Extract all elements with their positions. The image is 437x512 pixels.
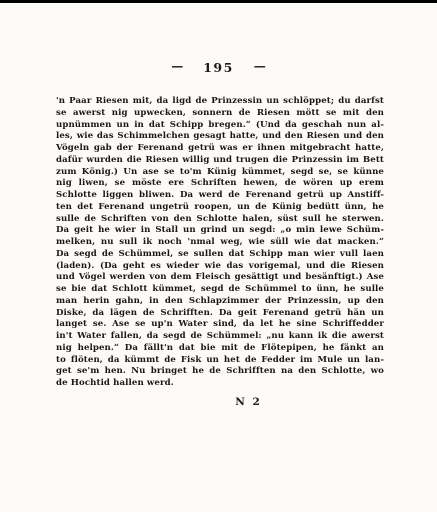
text-line: to flöten, da kümmt de Fisk un het de Fe… <box>56 355 384 367</box>
text-line: nig helpen.“ Da fällt'n dat bie mit de F… <box>56 343 384 355</box>
text-line: Vögeln gab der Ferenand getrü was er ihn… <box>56 143 384 155</box>
text-line: les, wie das Schimmelchen gesagt hatte, … <box>56 131 384 143</box>
text-line: sulle de Schriften von den Schlotte hale… <box>56 214 384 226</box>
text-line: nig liwen, se möste ere Schriften hewen,… <box>56 178 384 190</box>
text-line: dafür wurden die Riesen willig und truge… <box>56 155 384 167</box>
page-number: 195 <box>203 60 234 75</box>
text-line: de Hochtid hallen werd. <box>56 378 384 390</box>
text-line: melken, nu sull ik noch 'nmal weg, wie s… <box>56 237 384 249</box>
text-line: 'n Paar Riesen mit, da ligd de Prinzessi… <box>56 96 384 108</box>
text-line: zum König.) Un ase se to'm Künig kümmet,… <box>56 167 384 179</box>
text-line: se bie dat Schlott kümmet, segd de Schüm… <box>56 284 384 296</box>
text-line: (laden). (Da geht es wieder wie das vori… <box>56 261 384 273</box>
text-line: get se'm hen. Nu bringet he de Schriffte… <box>56 366 384 378</box>
text-line: ten det Ferenand ungetrü roopen, un de K… <box>56 202 384 214</box>
text-line: upnümmen un in dat Schipp bregen.“ (Und … <box>56 120 384 132</box>
header-dash-left: — <box>171 59 183 73</box>
text-line: Da segd de Schümmel, se sullen dat Schip… <box>56 249 384 261</box>
header-dash-right: — <box>254 59 266 73</box>
text-line: se awerst nig upwecken, sonnern de Riese… <box>56 108 384 120</box>
page-header: —195— <box>0 60 437 75</box>
body-text: 'n Paar Riesen mit, da ligd de Prinzessi… <box>56 96 384 390</box>
signature-mark: N 2 <box>30 396 437 408</box>
text-line: und Vögel werden von dem Fleisch gesätti… <box>56 272 384 284</box>
scan-edge-artifact <box>0 0 437 3</box>
text-line: Diske, da lägen de Schrifften. Da geit F… <box>56 308 384 320</box>
text-line: Schlotte liggen bliwen. Da werd de Feren… <box>56 190 384 202</box>
text-line: Da geit he wier in Stall un grind un seg… <box>56 225 384 237</box>
text-line: langet se. Ase se up'n Water sind, da le… <box>56 319 384 331</box>
text-line: man herin gahn, in den Schlapzimmer der … <box>56 296 384 308</box>
text-line: in't Water fallen, da segd de Schümmel: … <box>56 331 384 343</box>
book-page: —195— 'n Paar Riesen mit, da ligd de Pri… <box>0 0 437 512</box>
